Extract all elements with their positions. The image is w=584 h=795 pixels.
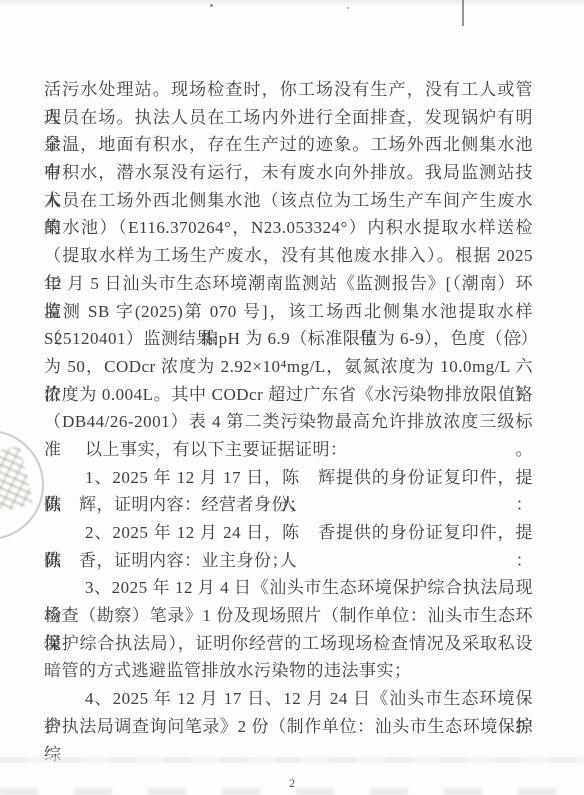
text-line: 2、2025 年 12 月 24 日，陈 香提供的身份证复印件，提供人：: [44, 519, 533, 547]
text-line: 合执法局调查询问笔录》2 份（制作单位：汕头市生态环境保护综: [44, 713, 533, 741]
text-line: 暗管的方式逃避监管排放水污染物的违法事实；: [44, 657, 533, 685]
scanned-document-page: 活污水处理站。现场检查时，你工场没有生产，没有工人或管理 人员在场。执法人员在工…: [0, 0, 584, 795]
text-line: 监测 SB 字(2025)第 070 号]，该工场西北侧集水池提取水样（编号：: [44, 298, 533, 326]
text-line: 浓度为 0.004L。其中 CODcr 超过广东省《水污染物排放限值》: [44, 381, 533, 409]
text-line: 活污水处理站。现场检查时，你工场没有生产，没有工人或管理: [44, 76, 533, 104]
text-line: 为 50，CODcr 浓度为 2.92×10⁴mg/L，氨氮浓度为 10.0mg…: [44, 353, 533, 381]
text-line: S25120401）监测结果:pH 为 6.9（标准限值为 6-9），色度（倍）: [44, 325, 533, 353]
text-line: 1、2025 年 12 月 17 日，陈 辉提供的身份证复印件，提供人：: [44, 464, 533, 492]
text-line: （DB44/26-2001）表 4 第二类污染物最高允许排放浓度三级标准。: [44, 408, 533, 436]
text-line: 集水池）（E116.370264°，N23.053324°）内积水提取水样送检: [44, 214, 533, 242]
scan-artifact-top-band: [0, 0, 584, 7]
text-line: 人员在场。执法人员在工场内外进行全面排查，发现锅炉有明显: [44, 104, 533, 132]
text-line: 检查（勘察）笔录》1 份及现场照片（制作单位：汕头市生态环境: [44, 602, 533, 630]
scan-artifact-vertical-line: [462, 0, 464, 26]
scan-speck: [210, 4, 213, 7]
scan-speck: [347, 7, 349, 9]
text-line: 人员在工场外西北侧集水池（该点位为工场生产车间产生废水的: [44, 187, 533, 215]
text-line: 有积水，潜水泵没有运行，未有废水向外排放。我局监测站技术: [44, 159, 533, 187]
text-line: 4、2025 年 12 月 17 日、12 月 24 日《汕头市生态环境保护综: [44, 685, 533, 713]
scan-artifact-bottom-band: [0, 757, 584, 763]
document-body: 活污水处理站。现场检查时，你工场没有生产，没有工人或管理 人员在场。执法人员在工…: [44, 76, 533, 741]
scan-artifact-bottom-smudge: [0, 788, 584, 795]
official-seal-characters: [0, 445, 34, 511]
text-line: 12 月 5 日汕头市生态环境潮南监测站《监测报告》[（潮南）环境: [44, 270, 533, 298]
text-line: 余温，地面有积水，存在生产过的迹象。工场外西北侧集水池中: [44, 131, 533, 159]
text-line: （提取水样为工场生产废水，没有其他废水排入）。根据 2025 年: [44, 242, 533, 270]
text-line: 3、2025 年 12 月 4 日《汕头市生态环境保护综合执法局现场: [44, 574, 533, 602]
text-line: 保护综合执法局），证明你经营的工场现场检查情况及采取私设: [44, 630, 533, 658]
